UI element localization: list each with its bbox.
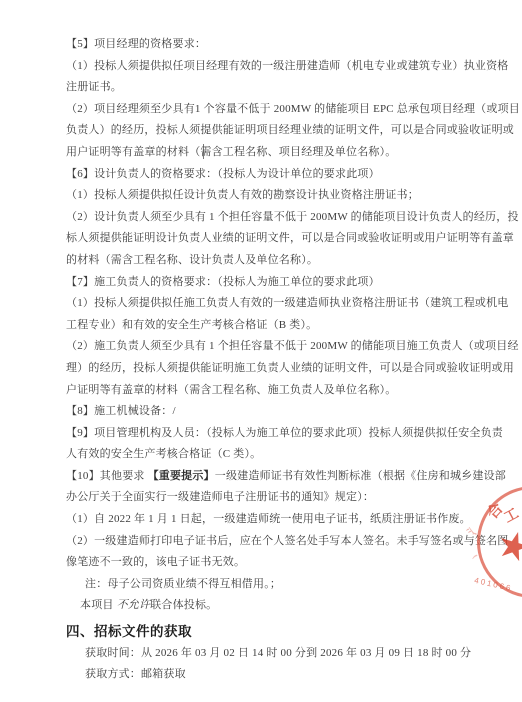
doc-line: 用户证明等有盖章的材料（需含工程名称、项目经理及单位名称）。 [66,142,506,164]
doc-line: （1）投标人须提供拟任项目经理有效的一级注册建造师（机电专业或建筑专业）执业资格 [66,56,506,78]
doc-line: （1）自 2022 年 1 月 1 日起，一级建造师统一使用电子证书，纸质注册证… [66,509,506,531]
important-notice-label: 【重要提示】 [148,470,215,482]
doc-line: 人有效的安全生产考核合格证（C 类）。 [66,444,506,466]
chapter-4-heading: 四、招标文件的获取 [66,621,506,643]
doc-text: 联合体投标。 [150,599,217,611]
section-7-heading: 【7】施工负责人的资格要求：（投标人为施工单位的要求此项） [66,272,506,294]
doc-line: （2）施工负责人须至少具有 1 个担任容量不低于 200MW 的储能项目施工负责… [66,336,506,358]
doc-line: （1）投标人须提供拟任设计负责人有效的勘察设计执业资格注册证书； [66,185,506,207]
obtain-method-line: 获取方式：邮箱获取 [66,664,506,686]
document-text-block: 【5】项目经理的资格要求： （1）投标人须提供拟任项目经理有效的一级注册建造师（… [66,34,506,686]
doc-line: 户证明等有盖章的材料（需含工程名称、施工负责人及单位名称）。 [66,380,506,402]
document-page: 【5】项目经理的资格要求： （1）投标人须提供拟任项目经理有效的一级注册建造师（… [0,0,522,702]
doc-line: （2）一级建造师打印电子证书后，应在个人签名处手写本人签名。未手写签名或与签名图 [66,531,506,553]
doc-text: 【10】其他要求 [66,470,148,482]
doc-line: 的材料（需含工程名称、设计负责人及单位名称）。 [66,250,506,272]
doc-line: （1）投标人须提供拟任施工负责人有效的一级建造师执业资格注册证书（建筑工程或机电 [66,293,506,315]
doc-line: 像笔迹不一致的，该电子证书无效。 [66,552,506,574]
doc-line: （2）项目经理须至少具有1 个容量不低于 200MW 的储能项目 EPC 总承包… [66,99,506,121]
doc-text: 一级建造师证书有效性判断标准（根据《住房和城乡建设部 [215,470,506,482]
doc-line: 办公厅关于全面实行一级建造师电子注册证书的通知》规定）： [66,487,506,509]
not-allowed-emphasis: 不允许 [117,599,151,611]
section-8-heading: 【8】施工机械设备：/ [66,401,506,423]
section-6-heading: 【6】设计负责人的资格要求：（投标人为设计单位的要求此项） [66,164,506,186]
no-consortium-line: 本项目 不允许联合体投标。 [66,595,506,617]
obtain-time-line: 获取时间：从 2026 年 03 月 02 日 14 时 00 分到 2026 … [66,643,506,665]
doc-line: 标人须提供能证明设计负责人业绩的证明文件，可以是合同或验收证明或用户证明等有盖章 [66,228,506,250]
doc-text: 本项目 [80,599,117,611]
doc-line: （2）设计负责人须至少具有 1 个担任容量不低于 200MW 的储能项目设计负责… [66,207,506,229]
note-line: 注：母子公司资质业绩不得互相借用。； [66,574,506,596]
doc-line: 注册证书。 [66,77,506,99]
section-9-heading: 【9】项目管理机构及人员：（投标人为施工单位的要求此项）投标人须提供拟任安全负责 [66,423,506,445]
doc-line: 工程专业）和有效的安全生产考核合格证（B 类）。 [66,315,506,337]
scan-cursor-artifact [203,144,204,159]
doc-line: 理）的经历，投标人须提供能证明施工负责人业绩的证明文件，可以是合同或验收证明或用 [66,358,506,380]
section-5-heading: 【5】项目经理的资格要求： [66,34,506,56]
doc-line: 负责人）的经历，投标人须提供能证明项目经理业绩的证明文件，可以是合同或验收证明或 [66,120,506,142]
section-10-heading: 【10】其他要求 【重要提示】一级建造师证书有效性判断标准（根据《住房和城乡建设… [66,466,506,488]
